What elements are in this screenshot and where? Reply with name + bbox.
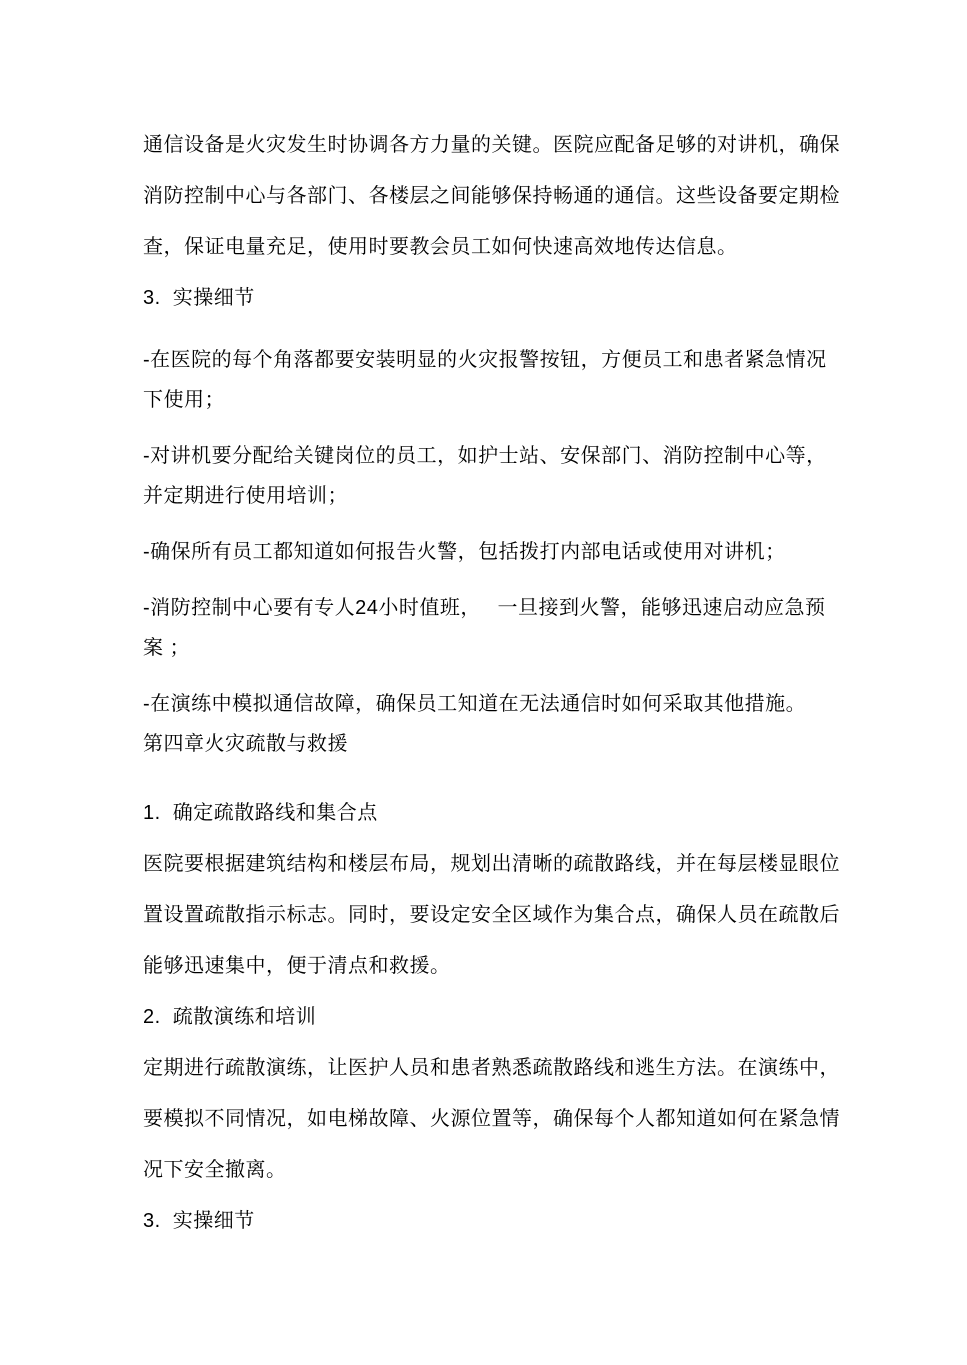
text-line: -在演练中模拟通信故障，确保员工知道在无法通信时如何采取其他措施。 (143, 684, 843, 724)
document-page: 通信设备是火灾发生时协调各方力量的关键。医院应配备足够的对讲机，确保消防控制中心… (0, 0, 967, 1365)
paragraph-body: 通信设备是火灾发生时协调各方力量的关键。医院应配备足够的对讲机，确保消防控制中心… (143, 120, 843, 273)
text-line: 况下安全撤离。 (143, 1145, 843, 1196)
text-line: 并定期进行使用培训； (143, 476, 843, 516)
text-line: -对讲机要分配给关键岗位的员工，如护士站、安保部门、消防控制中心等， (143, 436, 843, 476)
text-line: 定期进行疏散演练，让医护人员和患者熟悉疏散路线和逃生方法。在演练中， (143, 1043, 843, 1094)
text-line: 1. 确定疏散路线和集合点 (143, 788, 843, 839)
text-line: 医院要根据建筑结构和楼层布局，规划出清晰的疏散路线，并在每层楼显眼位 (143, 839, 843, 890)
text-line: 3. 实操细节 (143, 273, 843, 324)
paragraph-dash: -对讲机要分配给关键岗位的员工，如护士站、安保部门、消防控制中心等，并定期进行使… (143, 436, 843, 516)
paragraph-item: 2. 疏散演练和培训 (143, 992, 843, 1043)
text-line: 下使用； (143, 380, 843, 420)
paragraph-dash: -在医院的每个角落都要安装明显的火灾报警按钮，方便员工和患者紧急情况下使用； (143, 340, 843, 420)
text-line: 能够迅速集中，便于清点和救援。 (143, 941, 843, 992)
text-line: 要模拟不同情况，如电梯故障、火源位置等，确保每个人都知道如何在紧急情 (143, 1094, 843, 1145)
paragraph-dash: -在演练中模拟通信故障，确保员工知道在无法通信时如何采取其他措施。 (143, 684, 843, 724)
text-line: -确保所有员工都知道如何报告火警，包括拨打内部电话或使用对讲机； (143, 532, 843, 572)
text-line: -在医院的每个角落都要安装明显的火灾报警按钮，方便员工和患者紧急情况 (143, 340, 843, 380)
text-line: 消防控制中心与各部门、各楼层之间能够保持畅通的通信。这些设备要定期检 (143, 171, 843, 222)
paragraph-item: 1. 确定疏散路线和集合点 (143, 788, 843, 839)
text-line: 第四章火灾疏散与救援 (143, 724, 843, 764)
paragraph-item: 3. 实操细节 (143, 1196, 843, 1247)
paragraph-body: 医院要根据建筑结构和楼层布局，规划出清晰的疏散路线，并在每层楼显眼位置设置疏散指… (143, 839, 843, 992)
paragraph-dash: -确保所有员工都知道如何报告火警，包括拨打内部电话或使用对讲机； (143, 532, 843, 572)
text-line: 查，保证电量充足，使用时要教会员工如何快速高效地传达信息。 (143, 222, 843, 273)
text-line: 2. 疏散演练和培训 (143, 992, 843, 1043)
text-line: 通信设备是火灾发生时协调各方力量的关键。医院应配备足够的对讲机，确保 (143, 120, 843, 171)
paragraph-body: 定期进行疏散演练，让医护人员和患者熟悉疏散路线和逃生方法。在演练中，要模拟不同情… (143, 1043, 843, 1196)
text-line: 案 ； (143, 628, 843, 668)
paragraph-dash: -消防控制中心要有专人24小时值班， 一旦接到火警，能够迅速启动应急预案 ； (143, 588, 843, 668)
document-content: 通信设备是火灾发生时协调各方力量的关键。医院应配备足够的对讲机，确保消防控制中心… (143, 120, 843, 1247)
text-line: -消防控制中心要有专人24小时值班， 一旦接到火警，能够迅速启动应急预 (143, 588, 843, 628)
paragraph-chapter: 第四章火灾疏散与救援 (143, 724, 843, 764)
text-line: 3. 实操细节 (143, 1196, 843, 1247)
paragraph-item: 3. 实操细节 (143, 273, 843, 324)
text-line: 置设置疏散指示标志。同时，要设定安全区域作为集合点，确保人员在疏散后 (143, 890, 843, 941)
